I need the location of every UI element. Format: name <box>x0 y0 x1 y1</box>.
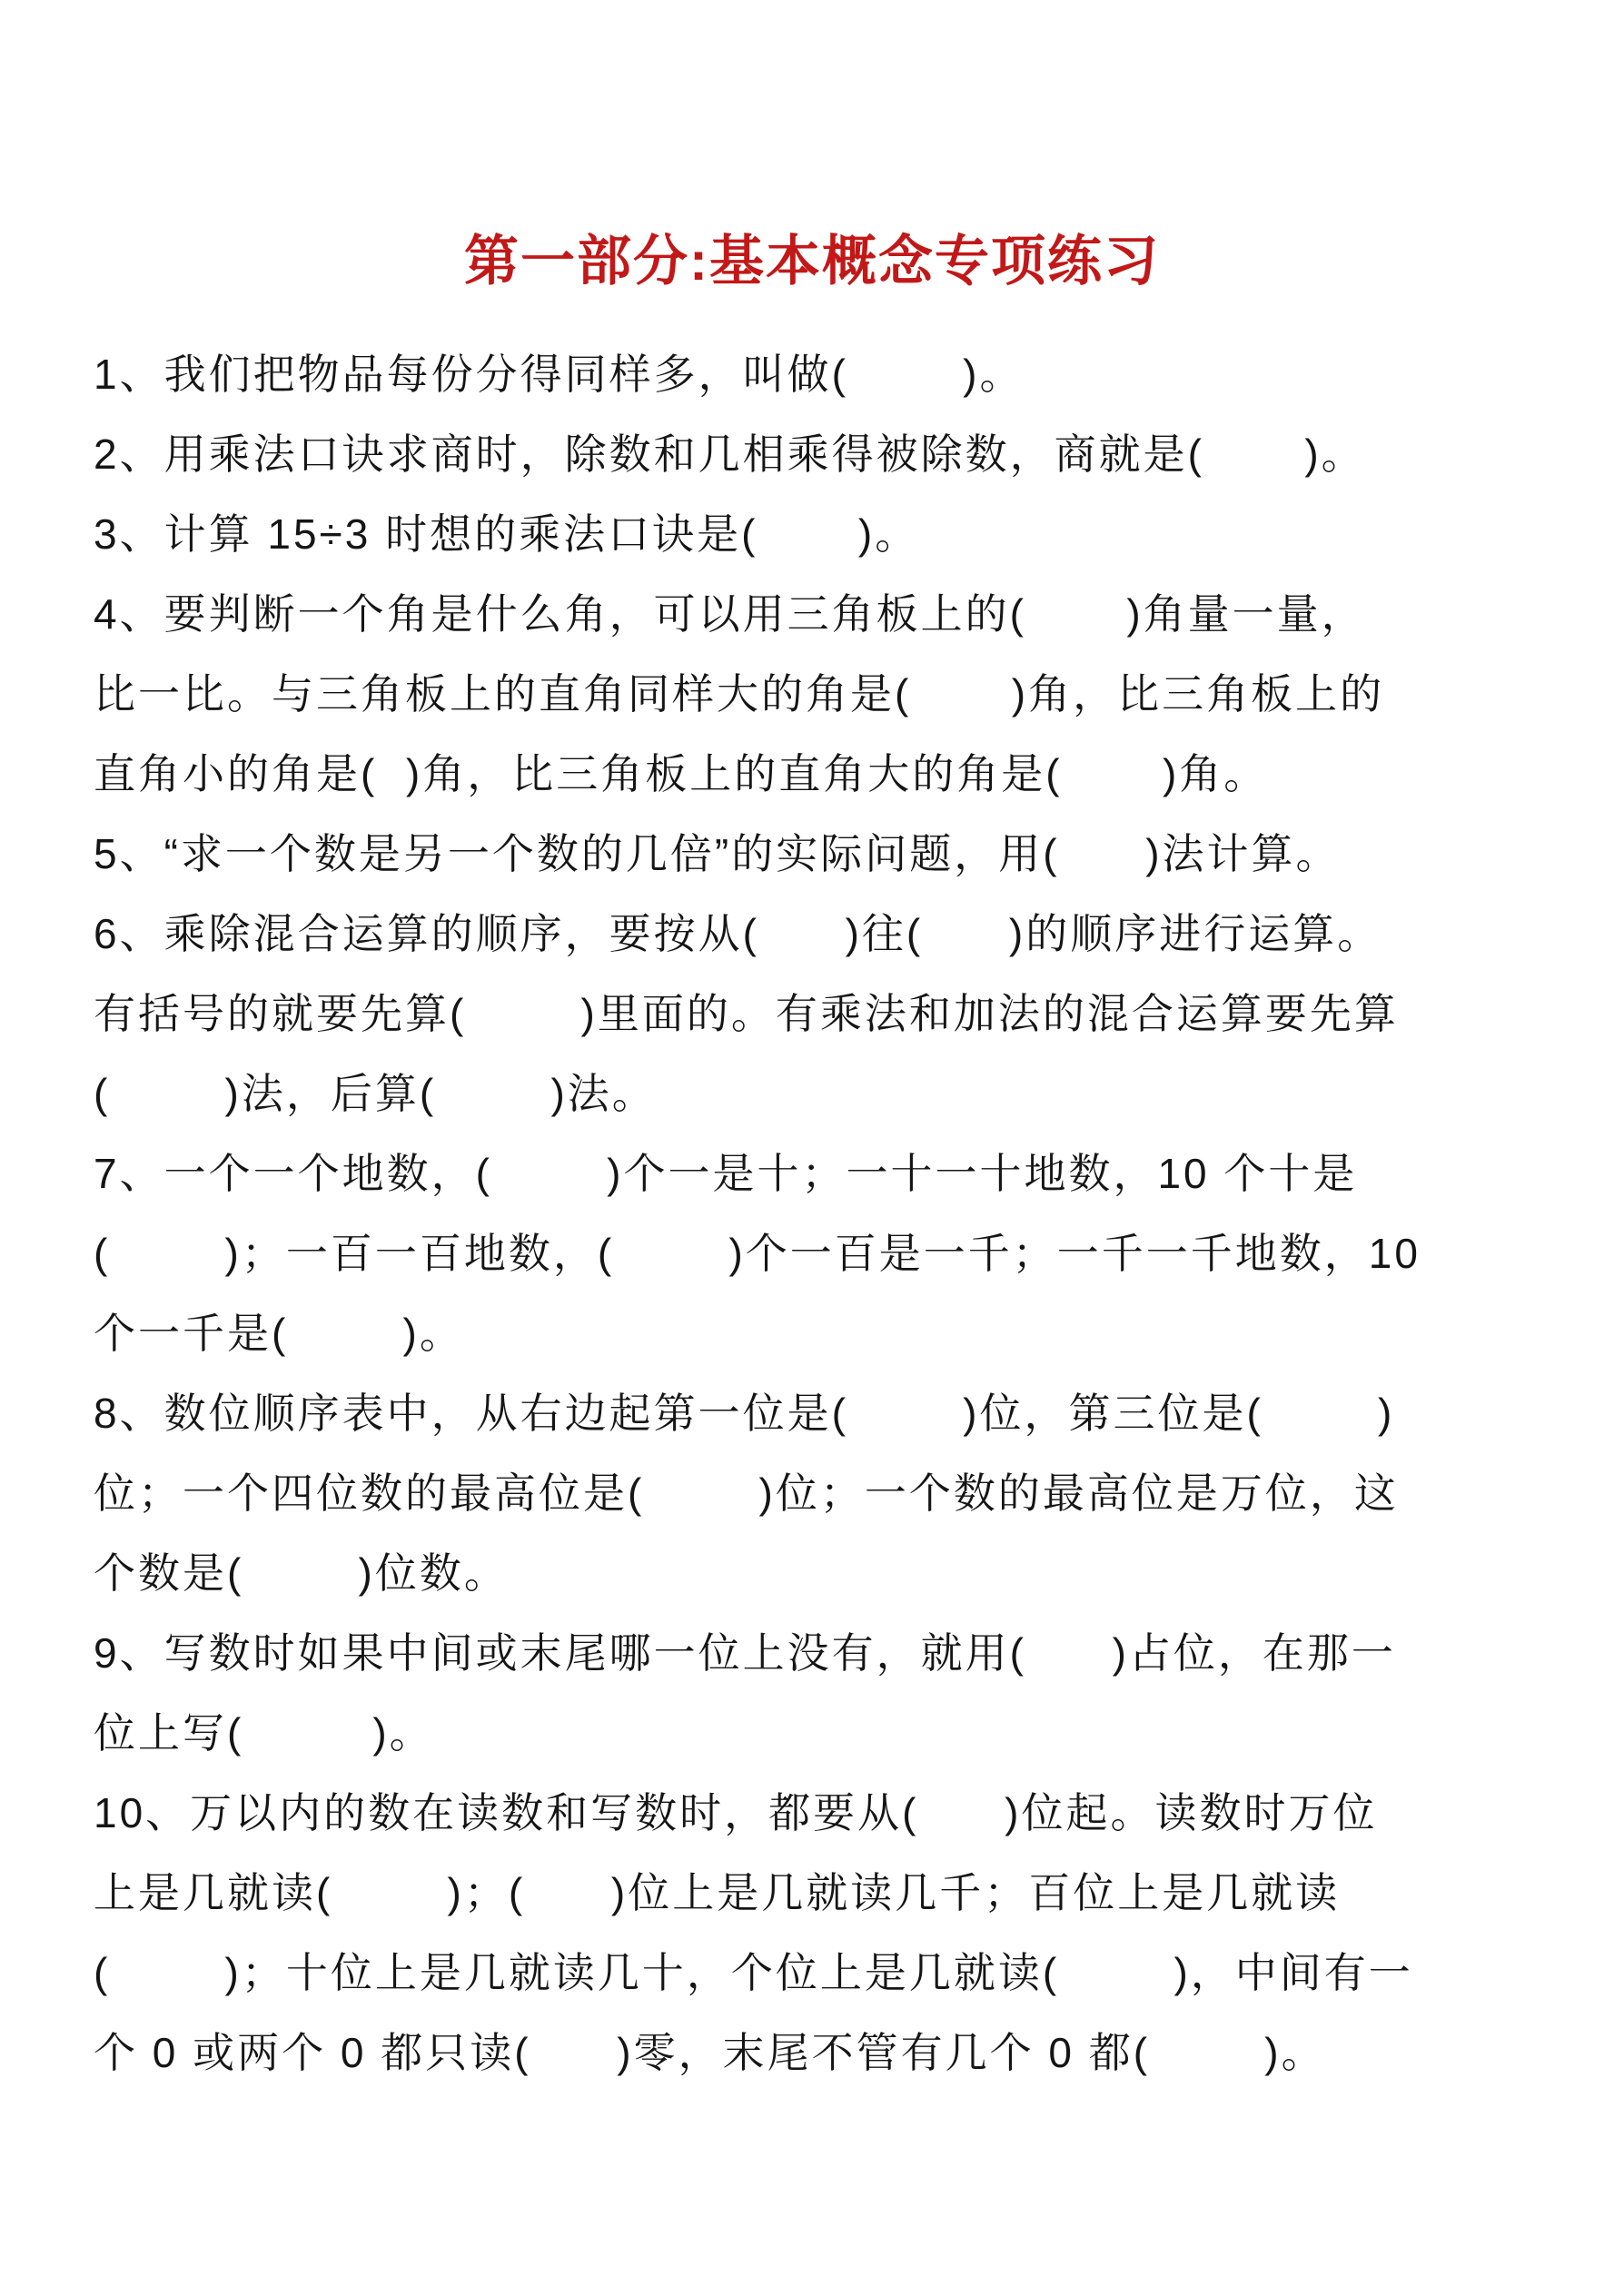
question-line-10c: ( )；十位上是几就读几十，个位上是几就读( )，中间有一 <box>94 1933 1547 2013</box>
question-line-8: 8、数位顺序表中，从右边起第一位是( )位，第三位是( ) <box>94 1373 1547 1453</box>
question-line-7: 7、一个一个地数，( )个一是十；一十一十地数，10 个十是 <box>94 1133 1547 1213</box>
question-line-6b: 有括号的就要先算( )里面的。有乘法和加法的混合运算要先算 <box>94 974 1547 1054</box>
question-line-7c: 个一千是( )。 <box>94 1293 1547 1373</box>
question-line-6: 6、乘除混合运算的顺序，要按从( )往( )的顺序进行运算。 <box>94 894 1547 974</box>
question-line-7b: ( )；一百一百地数，( )个一百是一千；一千一千地数，10 <box>94 1213 1547 1293</box>
question-line-6c: ( )法，后算( )法。 <box>94 1054 1547 1133</box>
question-line-10d: 个 0 或两个 0 都只读( )零，末尾不管有几个 0 都( )。 <box>94 2013 1547 2093</box>
question-line-3: 3、计算 15÷3 时想的乘法口诀是( )。 <box>94 494 1547 574</box>
question-line-9b: 位上写( )。 <box>94 1693 1547 1773</box>
question-list: 1、我们把物品每份分得同样多，叫做( )。 2、用乘法口诀求商时，除数和几相乘得… <box>94 334 1547 2093</box>
question-line-4: 4、要判断一个角是什么角，可以用三角板上的( )角量一量， <box>94 574 1547 654</box>
page-title: 第一部分:基本概念专项练习 <box>0 231 1624 292</box>
question-line-1: 1、我们把物品每份分得同样多，叫做( )。 <box>94 334 1547 414</box>
question-line-4b: 比一比。与三角板上的直角同样大的角是( )角，比三角板上的 <box>94 654 1547 734</box>
question-line-5: 5、“求一个数是另一个数的几倍”的实际问题，用( )法计算。 <box>94 814 1547 894</box>
question-line-4c: 直角小的角是( )角，比三角板上的直角大的角是( )角。 <box>94 734 1547 814</box>
question-line-8c: 个数是( )位数。 <box>94 1533 1547 1613</box>
question-line-2: 2、用乘法口诀求商时，除数和几相乘得被除数，商就是( )。 <box>94 414 1547 494</box>
question-line-9: 9、写数时如果中间或末尾哪一位上没有，就用( )占位，在那一 <box>94 1613 1547 1693</box>
question-line-8b: 位；一个四位数的最高位是( )位；一个数的最高位是万位，这 <box>94 1453 1547 1533</box>
worksheet-page: 第一部分:基本概念专项练习 1、我们把物品每份分得同样多，叫做( )。 2、用乘… <box>0 0 1624 2296</box>
question-line-10b: 上是几就读( )；( )位上是几就读几千；百位上是几就读 <box>94 1853 1547 1933</box>
question-line-10: 10、万以内的数在读数和写数时，都要从( )位起。读数时万位 <box>94 1773 1547 1853</box>
